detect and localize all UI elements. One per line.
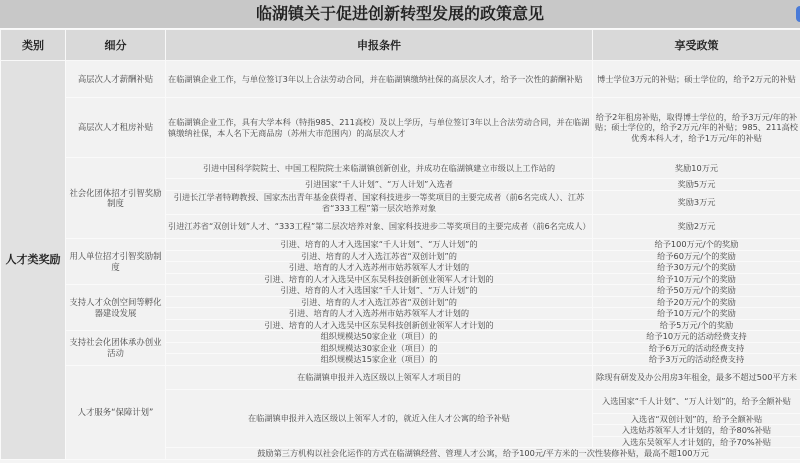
subcategory-cell: 支持社会化团体承办创业活动 bbox=[66, 331, 166, 366]
policy-cell: 给予30万元/个的奖励 bbox=[593, 262, 800, 274]
condition-cell: 引进中国科学院院士、中国工程院院士来临湖镇创新创业，并成功在临湖镇建立市级以上工… bbox=[166, 158, 593, 179]
policy-cell: 入选东吴领军人才计划的，给予70%补贴 bbox=[593, 436, 800, 448]
table-row: 用人单位招才引智奖励制度 引进、培育的人才入选国家“千人计划”、“万人计划”的 … bbox=[1, 239, 800, 251]
policy-cell: 给予60万元/个的奖励 bbox=[593, 250, 800, 262]
policy-cell: 入选省“双创计划”的，给予全额补贴 bbox=[593, 413, 800, 425]
policy-cell: 奖励5万元 bbox=[593, 179, 800, 191]
condition-cell: 引进、培育的人才入选吴中区东吴科技创新创业领军人才计划的 bbox=[166, 273, 593, 285]
policy-cell: 给予6万元的活动经费支持 bbox=[593, 342, 800, 354]
policy-cell: 奖励3万元 bbox=[593, 191, 800, 215]
table-row: 社会化团体招才引智奖励制度 引进中国科学院院士、中国工程院院士来临湖镇创新创业，… bbox=[1, 158, 800, 179]
subcategory-cell: 高层次人才薪酬补贴 bbox=[66, 61, 166, 98]
subcategory-cell: 社会化团体招才引智奖励制度 bbox=[66, 158, 166, 239]
category-cell: 人才类奖励 bbox=[1, 61, 66, 460]
subcategory-cell: 高层次人才租房补贴 bbox=[66, 98, 166, 158]
condition-cell: 在临湖镇申报并入选区级以上领军人才项目的 bbox=[166, 365, 593, 389]
table-row: 高层次人才租房补贴 在临湖镇企业工作，具有大学本科（特指985、211高校）及以… bbox=[1, 98, 800, 158]
table-header-row: 类别 细分 申报条件 享受政策 bbox=[1, 30, 800, 61]
condition-cell: 引进、培育的人才入选苏州市姑苏领军人才计划的 bbox=[166, 262, 593, 274]
subcategory-cell: 人才服务“保障计划” bbox=[66, 365, 166, 459]
condition-cell: 组织规模达15家企业（项目）的 bbox=[166, 354, 593, 366]
policy-cell: 给予2年租房补贴，取得博士学位的，给予3万元/年的补贴；硕士学位的，给予2万元/… bbox=[593, 98, 800, 158]
policy-cell: 入选国家“千人计划”、“万人计划”的，给予全额补贴 bbox=[593, 389, 800, 413]
condition-cell: 引进、培育的人才入选吴中区东吴科技创新创业领军人才计划的 bbox=[166, 319, 593, 331]
policy-cell: 给予50万元/个的奖励 bbox=[593, 285, 800, 297]
policy-cell: 入选姑苏领军人才计划的，给予80%补贴 bbox=[593, 425, 800, 437]
condition-cell: 引进、培育的人才入选国家“千人计划”、“万人计划”的 bbox=[166, 239, 593, 251]
table-row: 支持社会化团体承办创业活动 组织规模达50家企业（项目）的 给予10万元的活动经… bbox=[1, 331, 800, 343]
policy-cell: 给予10万元的活动经费支持 bbox=[593, 331, 800, 343]
subcategory-cell: 支持人才众创空间等孵化器建设发展 bbox=[66, 285, 166, 331]
condition-cell: 组织规模达50家企业（项目）的 bbox=[166, 331, 593, 343]
condition-cell: 引进、培育的人才入选苏州市姑苏领军人才计划的 bbox=[166, 308, 593, 320]
condition-cell: 在临湖镇企业工作，具有大学本科（特指985、211高校）及以上学历，与单位签订3… bbox=[166, 98, 593, 158]
header-subcategory: 细分 bbox=[66, 30, 166, 61]
page-title-bar: 临湖镇关于促进创新转型发展的政策意见 bbox=[0, 0, 800, 29]
policy-cell: 给予10万元/个的奖励 bbox=[593, 308, 800, 320]
condition-cell: 在临湖镇企业工作，与单位签订3年以上合法劳动合同，并在临湖镇缴纳社保的高层次人才… bbox=[166, 61, 593, 98]
policy-table: 类别 细分 申报条件 享受政策 人才类奖励 高层次人才薪酬补贴 在临湖镇企业工作… bbox=[0, 29, 800, 460]
policy-cell: 给予100万元/个的奖励 bbox=[593, 239, 800, 251]
scroll-indicator[interactable] bbox=[796, 6, 800, 22]
policy-cell: 除现有研发及办公用房3年租金，最多不超过500平方米 bbox=[593, 365, 800, 389]
condition-cell: 引进、培育的人才入选江苏省“双创计划”的 bbox=[166, 296, 593, 308]
table-row: 人才类奖励 高层次人才薪酬补贴 在临湖镇企业工作，与单位签订3年以上合法劳动合同… bbox=[1, 61, 800, 98]
page-title: 临湖镇关于促进创新转型发展的政策意见 bbox=[256, 4, 544, 23]
policy-cell: 奖励10万元 bbox=[593, 158, 800, 179]
policy-cell: 给予3万元的活动经费支持 bbox=[593, 354, 800, 366]
condition-cell: 在临湖镇申报并入选区级以上领军人才的，就近入住人才公寓的给予补贴 bbox=[166, 389, 593, 448]
condition-cell: 鼓励第三方机构以社会化运作的方式在临湖镇经营、管理人才公寓，给予100元/平方米… bbox=[166, 448, 800, 460]
policy-cell: 给予20万元/个的奖励 bbox=[593, 296, 800, 308]
condition-cell: 引进、培育的人才入选江苏省“双创计划”的 bbox=[166, 250, 593, 262]
table-row: 人才服务“保障计划” 在临湖镇申报并入选区级以上领军人才项目的 除现有研发及办公… bbox=[1, 365, 800, 389]
subcategory-cell: 用人单位招才引智奖励制度 bbox=[66, 239, 166, 285]
policy-cell: 给予10万元/个的奖励 bbox=[593, 273, 800, 285]
condition-cell: 引进、培育的人才入选国家“千人计划”、“万人计划”的 bbox=[166, 285, 593, 297]
condition-cell: 引进国家“千人计划”、“万人计划”入选者 bbox=[166, 179, 593, 191]
table-row: 支持人才众创空间等孵化器建设发展 引进、培育的人才入选国家“千人计划”、“万人计… bbox=[1, 285, 800, 297]
header-conditions: 申报条件 bbox=[166, 30, 593, 61]
policy-cell: 博士学位3万元的补贴；硕士学位的，给予2万元的补贴 bbox=[593, 61, 800, 98]
header-policy: 享受政策 bbox=[593, 30, 800, 61]
condition-cell: 组织规模达30家企业（项目）的 bbox=[166, 342, 593, 354]
policy-cell: 给予5万元/个的奖励 bbox=[593, 319, 800, 331]
header-category: 类别 bbox=[1, 30, 66, 61]
policy-cell: 奖励2万元 bbox=[593, 215, 800, 239]
condition-cell: 引进长江学者特聘教授、国家杰出青年基金获得者、国家科技进步一等奖项目的主要完成者… bbox=[166, 191, 593, 215]
condition-cell: 引进江苏省“双创计划”人才、“333工程”第二层次培养对象、国家科技进步二等奖项… bbox=[166, 215, 593, 239]
